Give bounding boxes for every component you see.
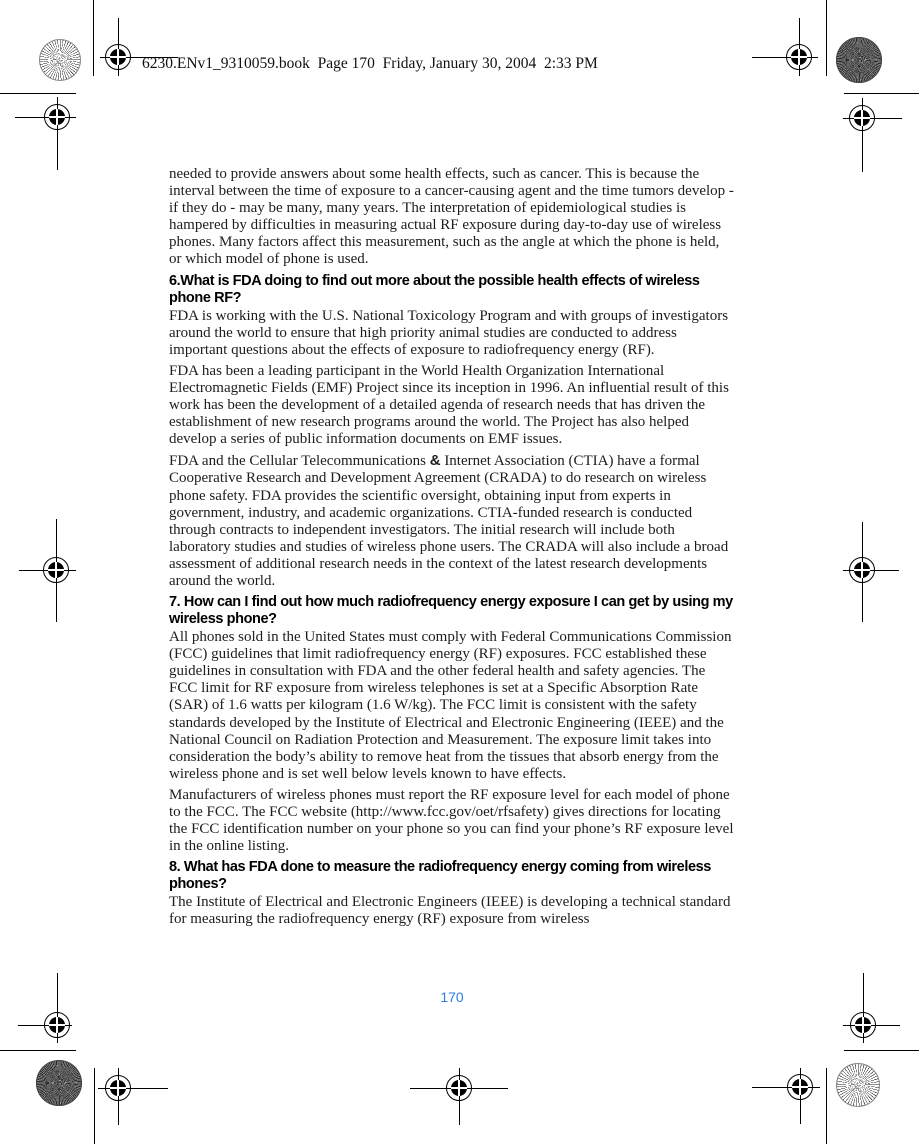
crop-mark bbox=[844, 1050, 919, 1051]
starburst-icon bbox=[836, 37, 882, 83]
page-number: 170 bbox=[169, 989, 735, 1005]
crop-mark bbox=[0, 1050, 76, 1051]
starburst-icon bbox=[39, 39, 81, 81]
starburst-icon bbox=[36, 1060, 82, 1106]
crop-mark bbox=[826, 0, 827, 76]
section-heading-q6: 6.What is FDA doing to find out more abo… bbox=[169, 273, 735, 307]
paragraph-q6-1: FDA is working with the U.S. National To… bbox=[169, 308, 735, 359]
crop-mark bbox=[826, 1068, 827, 1144]
starburst-icon bbox=[836, 1063, 880, 1107]
ampersand: & bbox=[430, 452, 441, 469]
crop-mark bbox=[93, 0, 94, 76]
manual-page: 6230.ENv1_9310059.book Page 170 Friday, … bbox=[0, 0, 919, 1144]
document-header: 6230.ENv1_9310059.book Page 170 Friday, … bbox=[142, 54, 598, 73]
section-heading-q8: 8. What has FDA done to measure the radi… bbox=[169, 859, 735, 893]
paragraph-intro: needed to provide answers about some hea… bbox=[169, 166, 735, 269]
paragraph-q6-3: FDA and the Cellular Telecommunications … bbox=[169, 452, 735, 590]
crop-mark bbox=[94, 1068, 95, 1144]
page-content: needed to provide answers about some hea… bbox=[169, 166, 735, 932]
paragraph-q6-2: FDA has been a leading participant in th… bbox=[169, 363, 735, 448]
section-heading-q7: 7. How can I find out how much radiofreq… bbox=[169, 594, 735, 628]
paragraph-q8-1: The Institute of Electrical and Electron… bbox=[169, 894, 735, 928]
paragraph-q7-1: All phones sold in the United States mus… bbox=[169, 629, 735, 783]
text-segment: FDA and the Cellular Telecommunications bbox=[169, 453, 430, 469]
text-segment: Internet Association (CTIA) have a forma… bbox=[169, 453, 728, 589]
paragraph-q7-2: Manufacturers of wireless phones must re… bbox=[169, 787, 735, 855]
crop-mark bbox=[844, 93, 919, 94]
crop-mark bbox=[0, 93, 76, 94]
